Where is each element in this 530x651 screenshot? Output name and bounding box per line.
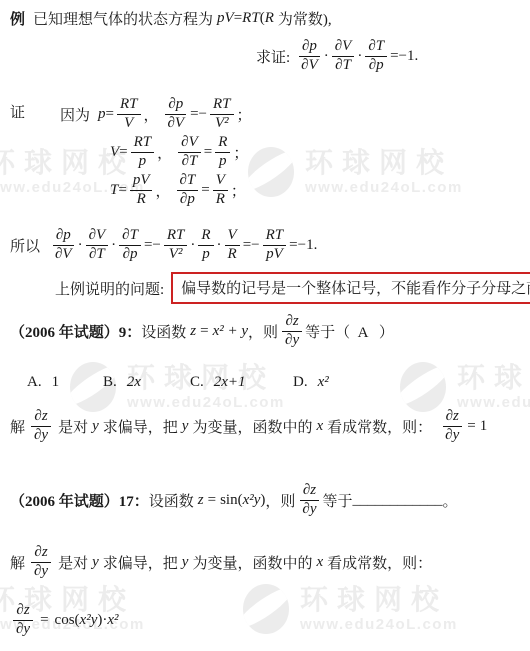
text-run: ，则 [265, 490, 295, 511]
frac-numerator: RT [210, 97, 234, 115]
text-run: 已知理想气体的状态方程为 [33, 8, 213, 29]
text-run: 为常数), [278, 8, 332, 29]
text-run: =− [144, 237, 161, 254]
math-var: R [265, 10, 274, 27]
text-run: 设函数 [149, 490, 194, 511]
fraction: ∂z∂y [282, 314, 302, 349]
frac-numerator: RT [131, 135, 155, 153]
frac-denominator: pV [263, 246, 286, 263]
option-value: 1 [52, 374, 60, 391]
frac-numerator: ∂z [282, 314, 301, 332]
frac-denominator: ∂p [120, 246, 141, 263]
text-run: cos( [55, 612, 80, 629]
text-run: = [201, 182, 209, 199]
fraction: ∂z∂y [31, 409, 51, 444]
text-run: = [40, 612, 48, 629]
conclusion-label: 所以 [10, 235, 40, 256]
math-var: x² [107, 612, 118, 629]
math-var: x²y [243, 492, 261, 509]
fraction: Rp [215, 135, 230, 170]
text-run: = [208, 492, 216, 509]
fraction: VR [225, 228, 240, 263]
proof-eq-line-1: 因为 p = RTV ， ∂p∂V =− RTV² ； [60, 94, 252, 134]
text-run: =−1. [289, 237, 317, 254]
prove-goal-formula: 求证: ∂p∂V · ∂V∂T · ∂T∂p =−1. [256, 36, 418, 76]
frac-denominator: ∂T [332, 57, 354, 74]
frac-denominator: ∂p [177, 191, 198, 208]
frac-denominator: ∂T [179, 153, 201, 170]
answer-17: ∂z∂y = cos( x²y )· x² [10, 598, 119, 642]
frac-numerator: ∂z [31, 545, 50, 563]
frac-numerator: RT [164, 228, 188, 246]
text-run: ， [157, 142, 172, 163]
answer-blank: ____________ [353, 492, 443, 509]
fraction: VR [213, 173, 228, 208]
math-var: x [316, 554, 323, 571]
fraction: ∂V∂T [332, 39, 355, 74]
math-var: z [198, 492, 204, 509]
frac-numerator: V [213, 173, 228, 191]
text-run: =− [190, 106, 207, 123]
fraction: ∂p∂V [165, 97, 188, 132]
frac-denominator: R [213, 191, 228, 208]
text-run: · [217, 237, 222, 254]
text-run: ， [155, 180, 170, 201]
text-run: 看成常数，则： [327, 552, 432, 573]
frac-numerator: ∂z [31, 409, 50, 427]
fraction: RTV [117, 97, 141, 132]
remark-line: 上例说明的问题: 偏导数的记号是一个整体记号，不能看作分子分母之商. [55, 272, 530, 304]
option-b: B.2x [103, 374, 141, 391]
text-run: = [467, 418, 475, 435]
option-label: B. [103, 374, 117, 391]
frac-denominator: V² [166, 246, 186, 263]
question-9: （2006 年试题）9： 设函数 z = x² + y ，则 ∂z∂y 等于（ … [10, 310, 394, 352]
text-run: 证 [10, 101, 25, 122]
fraction: RTp [131, 135, 155, 170]
question-tag: （2006 年试题）9： [10, 321, 141, 342]
frac-denominator: V² [212, 115, 232, 132]
text-run: ； [237, 104, 252, 125]
text-run: ， [144, 104, 159, 125]
fraction: ∂z∂y [31, 545, 51, 580]
text-run: = [204, 144, 212, 161]
fraction: ∂T∂p [177, 173, 199, 208]
option-value: 2x+1 [214, 374, 246, 391]
proof-eq-line-3: T = pVR ， ∂T∂p = VR ； [110, 170, 246, 210]
math-var: y [92, 418, 99, 435]
frac-numerator: pV [130, 173, 153, 191]
frac-numerator: RT [263, 228, 287, 246]
fraction: ∂z∂y [299, 483, 319, 518]
fraction: ∂V∂T [86, 228, 109, 263]
text-run: 求偏导，把 [103, 552, 178, 573]
frac-denominator: p [136, 153, 150, 170]
frac-denominator: ∂y [13, 621, 33, 638]
math-var: y [182, 554, 189, 571]
frac-numerator: ∂p [53, 228, 74, 246]
frac-denominator: R [225, 246, 240, 263]
frac-numerator: ∂p [299, 39, 320, 57]
frac-numerator: ∂z [443, 409, 462, 427]
fraction: Rp [198, 228, 213, 263]
option-c: C.2x+1 [190, 374, 246, 391]
watermark: 环球网校www.edu24oL.com [243, 584, 458, 634]
conclusion-line: 所以 ∂p∂V · ∂V∂T · ∂T∂p =− RTV² · Rp · VR … [10, 224, 317, 266]
example-statement: 例 已知理想气体的状态方程为 pV = RT ( R 为常数), [10, 8, 332, 29]
text-run: 是对 [58, 416, 88, 437]
frac-numerator: ∂T [177, 173, 199, 191]
math-var: T [110, 182, 118, 199]
text-run: 是对 [58, 552, 88, 573]
watermark: 环球网校www.edu24oL.com [248, 147, 463, 197]
text-run: 为变量，函数中的 [192, 552, 312, 573]
math-var: y [92, 554, 99, 571]
text-run: 等于（ A ） [305, 321, 394, 342]
solution-17: 解 ∂z∂y 是对 y 求偏导，把 y 为变量，函数中的 x 看成常数，则： [10, 540, 432, 584]
text-run: = [200, 323, 208, 340]
solution-label: 解 [10, 416, 25, 437]
fraction: RTV² [164, 228, 188, 263]
text-run: = [106, 106, 114, 123]
text-run: · [357, 48, 362, 65]
frac-numerator: R [215, 135, 230, 153]
fraction: RTpV [263, 228, 287, 263]
globe-logo-icon [248, 147, 294, 197]
frac-denominator: R [134, 191, 149, 208]
boxed-remark-text: 偏导数的记号是一个整体记号，不能看作分子分母之商. [171, 272, 530, 304]
example-label: 例 [10, 8, 25, 29]
fraction: RTV² [210, 97, 234, 132]
fraction: ∂z∂y [13, 603, 33, 638]
frac-denominator: p [216, 153, 230, 170]
frac-denominator: ∂y [31, 563, 51, 580]
frac-numerator: ∂T [119, 228, 141, 246]
frac-denominator: ∂V [165, 115, 188, 132]
text-run: = [234, 10, 242, 27]
fraction: ∂V∂T [178, 135, 201, 170]
text-run: )· [97, 612, 107, 629]
frac-denominator: V [121, 115, 136, 132]
fraction: ∂p∂V [298, 39, 321, 74]
frac-numerator: ∂z [300, 483, 319, 501]
math-var: z [190, 323, 196, 340]
text-run: 为变量，函数中的 [192, 416, 312, 437]
math-var: x²y [80, 612, 98, 629]
solution-9: 解 ∂z∂y 是对 y 求偏导，把 y 为变量，函数中的 x 看成常数，则： ∂… [10, 404, 487, 448]
text-run: ； [233, 142, 248, 163]
option-label: D. [293, 374, 308, 391]
proof-label: 证 [10, 101, 25, 122]
frac-denominator: ∂T [86, 246, 108, 263]
text-run: · [190, 237, 195, 254]
watermark-brand-text: 环球网校 [305, 147, 463, 179]
fraction: ∂z∂y [442, 409, 462, 444]
math-var: y [182, 418, 189, 435]
fraction: ∂T∂p [365, 39, 387, 74]
text-run: ； [231, 180, 246, 201]
fraction: ∂p∂V [52, 228, 75, 263]
frac-numerator: ∂V [332, 39, 355, 57]
text-run: sin( [220, 492, 243, 509]
watermark-url-text: www.edu24oL.com [300, 616, 458, 634]
solution-label: 解 [10, 552, 25, 573]
text-run: = [119, 144, 127, 161]
frac-numerator: ∂p [165, 97, 186, 115]
text-run: 求证: [256, 46, 290, 67]
document-page: 环球网校www.edu24oL.com 环球网校www.edu24oL.com … [0, 0, 530, 651]
watermark-brand-text: 环球网校 [300, 584, 458, 616]
math-var: pV [217, 10, 234, 27]
text-run: · [111, 237, 116, 254]
frac-denominator: ∂V [52, 246, 75, 263]
text-run: · [78, 237, 83, 254]
option-a: A.1 [27, 374, 59, 391]
frac-numerator: ∂z [13, 603, 32, 621]
text-run: ，则 [248, 321, 278, 342]
frac-denominator: ∂V [298, 57, 321, 74]
text-run: · [324, 48, 329, 65]
math-var: x² + y [213, 323, 248, 340]
frac-denominator: ∂y [442, 427, 462, 444]
text-run: 因为 [60, 104, 90, 125]
option-value: x² [318, 374, 329, 391]
watermark-url-text: www.edu24oL.com [305, 179, 463, 197]
text-run: =−1. [390, 48, 418, 65]
frac-denominator: ∂p [366, 57, 387, 74]
math-var: RT [242, 10, 260, 27]
text-run: 看成常数，则： [327, 416, 432, 437]
question-tag: （2006 年试题）17： [10, 490, 149, 511]
text-run: = [118, 182, 126, 199]
remark-lead: 上例说明的问题: [55, 278, 164, 299]
text-run: 等于 [323, 490, 353, 511]
frac-numerator: ∂T [365, 39, 387, 57]
math-var: x [316, 418, 323, 435]
text-run: 1 [480, 418, 488, 435]
globe-logo-icon [243, 584, 289, 634]
proof-eq-line-2: V = RTp ， ∂V∂T = Rp ； [110, 132, 248, 172]
text-run: 求偏导，把 [103, 416, 178, 437]
fraction: ∂T∂p [119, 228, 141, 263]
frac-denominator: p [199, 246, 213, 263]
frac-denominator: ∂y [31, 427, 51, 444]
option-value: 2x [127, 374, 141, 391]
text-run: 。 [443, 490, 458, 511]
frac-numerator: V [225, 228, 240, 246]
math-var: V [110, 144, 119, 161]
question-17: （2006 年试题）17： 设函数 z = sin( x²y ) ，则 ∂z∂y… [10, 478, 458, 522]
frac-numerator: ∂V [86, 228, 109, 246]
option-d: D.x² [293, 374, 329, 391]
text-run: =− [243, 237, 260, 254]
option-label: A. [27, 374, 42, 391]
frac-denominator: ∂y [282, 332, 302, 349]
frac-numerator: ∂V [178, 135, 201, 153]
frac-numerator: R [198, 228, 213, 246]
options-row: A.1 B.2x C.2x+1 D.x² [0, 372, 530, 392]
math-var: p [98, 106, 106, 123]
text-run: 设函数 [141, 321, 186, 342]
option-label: C. [190, 374, 204, 391]
fraction: pVR [130, 173, 153, 208]
frac-denominator: ∂y [299, 501, 319, 518]
frac-numerator: RT [117, 97, 141, 115]
